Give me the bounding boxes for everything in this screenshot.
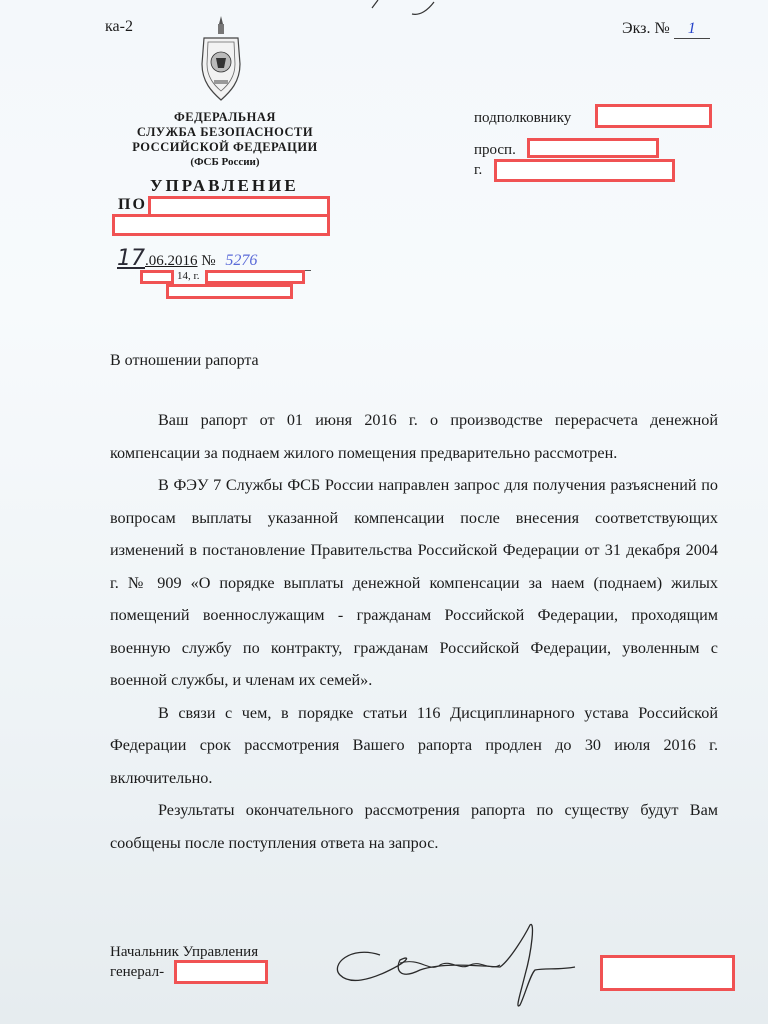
redaction-address-line (166, 284, 293, 299)
org-line-2: СЛУЖБА БЕЗОПАСНОСТИ (110, 125, 340, 140)
paragraph-4: Результаты окончательного рассмотрения р… (110, 794, 718, 859)
corner-code: ка-2 (105, 18, 133, 36)
redaction-department-name-2 (112, 214, 330, 236)
outgoing-number-handwritten: 5276 (225, 252, 311, 271)
department-title: УПРАВЛЕНИЕ (150, 176, 299, 196)
redaction-recipient-city (494, 159, 675, 182)
redaction-signatory-name (600, 955, 735, 991)
paragraph-2: В ФЭУ 7 Службы ФСБ России направлен запр… (110, 469, 718, 697)
org-abbreviation: (ФСБ России) (110, 155, 340, 170)
org-line-3: РОССИЙСКОЙ ФЕДЕРАЦИИ (110, 140, 340, 155)
pen-scribble-mark (370, 0, 450, 20)
redaction-recipient-name (595, 104, 712, 128)
fsb-emblem-icon (196, 14, 246, 104)
organization-block: ФЕДЕРАЛЬНАЯ СЛУЖБА БЕЗОПАСНОСТИ РОССИЙСК… (110, 110, 340, 170)
outgoing-date-number: 17.06.2016 № 5276 (117, 246, 311, 271)
number-label: № (201, 253, 215, 269)
paragraph-3: В связи с чем, в порядке статьи 116 Дисц… (110, 697, 718, 795)
copy-number-value: 1 (674, 20, 710, 39)
paragraph-1: Ваш рапорт от 01 июня 2016 г. о производ… (110, 404, 718, 469)
recipient-rank: подполковнику (474, 108, 571, 140)
org-line-1: ФЕДЕРАЛЬНАЯ (110, 110, 340, 125)
redaction-address-index (140, 270, 174, 284)
redaction-recipient-street (527, 138, 659, 158)
signatory-position: Начальник Управления (110, 942, 258, 962)
redaction-address-city (205, 270, 305, 284)
copy-number: Экз. № 1 (622, 20, 710, 39)
redaction-signatory-rank (174, 960, 268, 984)
department-prefix: ПО (118, 196, 147, 214)
address-fragment: 14, г. (177, 270, 200, 282)
subject-line: В отношении рапорта (110, 352, 259, 370)
date-month-year: .06.2016 (145, 253, 198, 269)
date-day-handwritten: 17 (117, 246, 145, 271)
letter-body: Ваш рапорт от 01 июня 2016 г. о производ… (110, 404, 718, 859)
handwritten-signature (320, 915, 580, 1010)
copy-number-label: Экз. № (622, 20, 670, 37)
